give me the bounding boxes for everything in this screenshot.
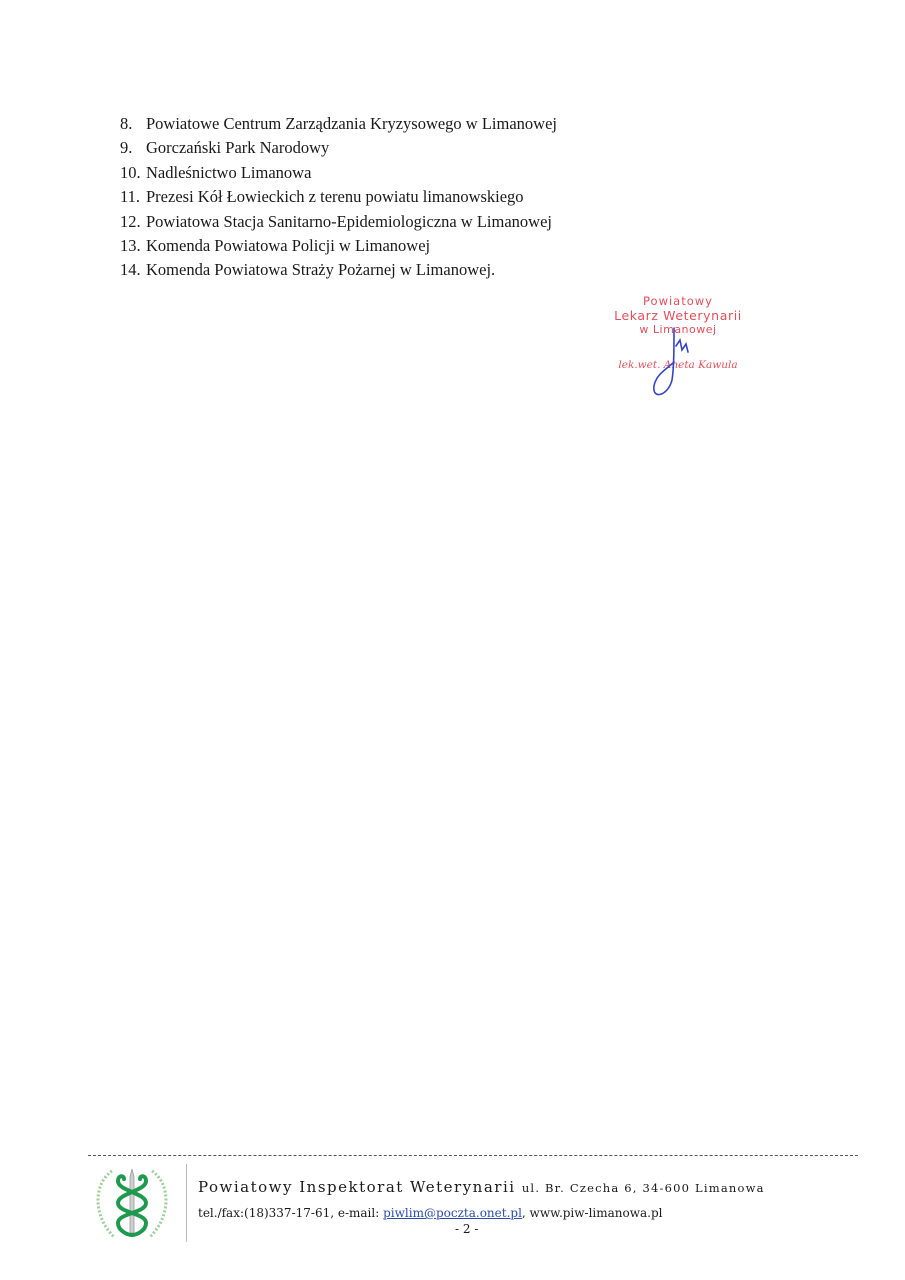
item-text: Nadleśnictwo Limanowa [146,161,311,185]
item-number: 11. [120,185,146,209]
item-number: 9. [120,136,146,160]
signature-icon [588,288,768,408]
item-text: Powiatowe Centrum Zarządzania Kryzysoweg… [146,112,557,136]
item-number: 8. [120,112,146,136]
list-item: 13.Komenda Powiatowa Policji w Limanowej [120,234,557,258]
item-text: Prezesi Kół Łowieckich z terenu powiatu … [146,185,524,209]
footer-contact: tel./fax:(18)337-17-61, e-mail: piwlim@p… [198,1206,663,1220]
email-link[interactable]: piwlim@poczta.onet.pl [383,1206,522,1220]
item-number: 13. [120,234,146,258]
list-item: 14.Komenda Powiatowa Straży Pożarnej w L… [120,258,557,282]
item-number: 12. [120,210,146,234]
email-label: e-mail: [338,1206,379,1220]
list-item: 12.Powiatowa Stacja Sanitarno-Epidemiolo… [120,210,557,234]
page-number: - 2 - [455,1222,478,1236]
list-item: 11.Prezesi Kół Łowieckich z terenu powia… [120,185,557,209]
list-item: 8.Powiatowe Centrum Zarządzania Kryzysow… [120,112,557,136]
item-text: Komenda Powiatowa Policji w Limanowej [146,234,430,258]
item-text: Gorczański Park Narodowy [146,136,329,160]
footer-divider [88,1155,858,1156]
website: www.piw-limanowa.pl [530,1206,663,1220]
item-number: 14. [120,258,146,282]
org-address: ul. Br. Czecha 6, 34-600 Limanowa [522,1181,765,1195]
item-number: 10. [120,161,146,185]
org-name: Powiatowy Inspektorat Weterynarii [198,1178,516,1196]
list-item: 10.Nadleśnictwo Limanowa [120,161,557,185]
caduceus-laurel-icon [88,1163,176,1243]
phone: tel./fax:(18)337-17-61, [198,1206,334,1220]
item-text: Komenda Powiatowa Straży Pożarnej w Lima… [146,258,495,282]
official-stamp: Powiatowy Lekarz Weterynarii w Limanowej… [588,288,768,408]
footer-separator [186,1164,187,1242]
item-text: Powiatowa Stacja Sanitarno-Epidemiologic… [146,210,552,234]
list-item: 9.Gorczański Park Narodowy [120,136,557,160]
footer-org: Powiatowy Inspektorat Weterynarii ul. Br… [198,1178,765,1196]
recipient-list: 8.Powiatowe Centrum Zarządzania Kryzysow… [120,112,557,283]
